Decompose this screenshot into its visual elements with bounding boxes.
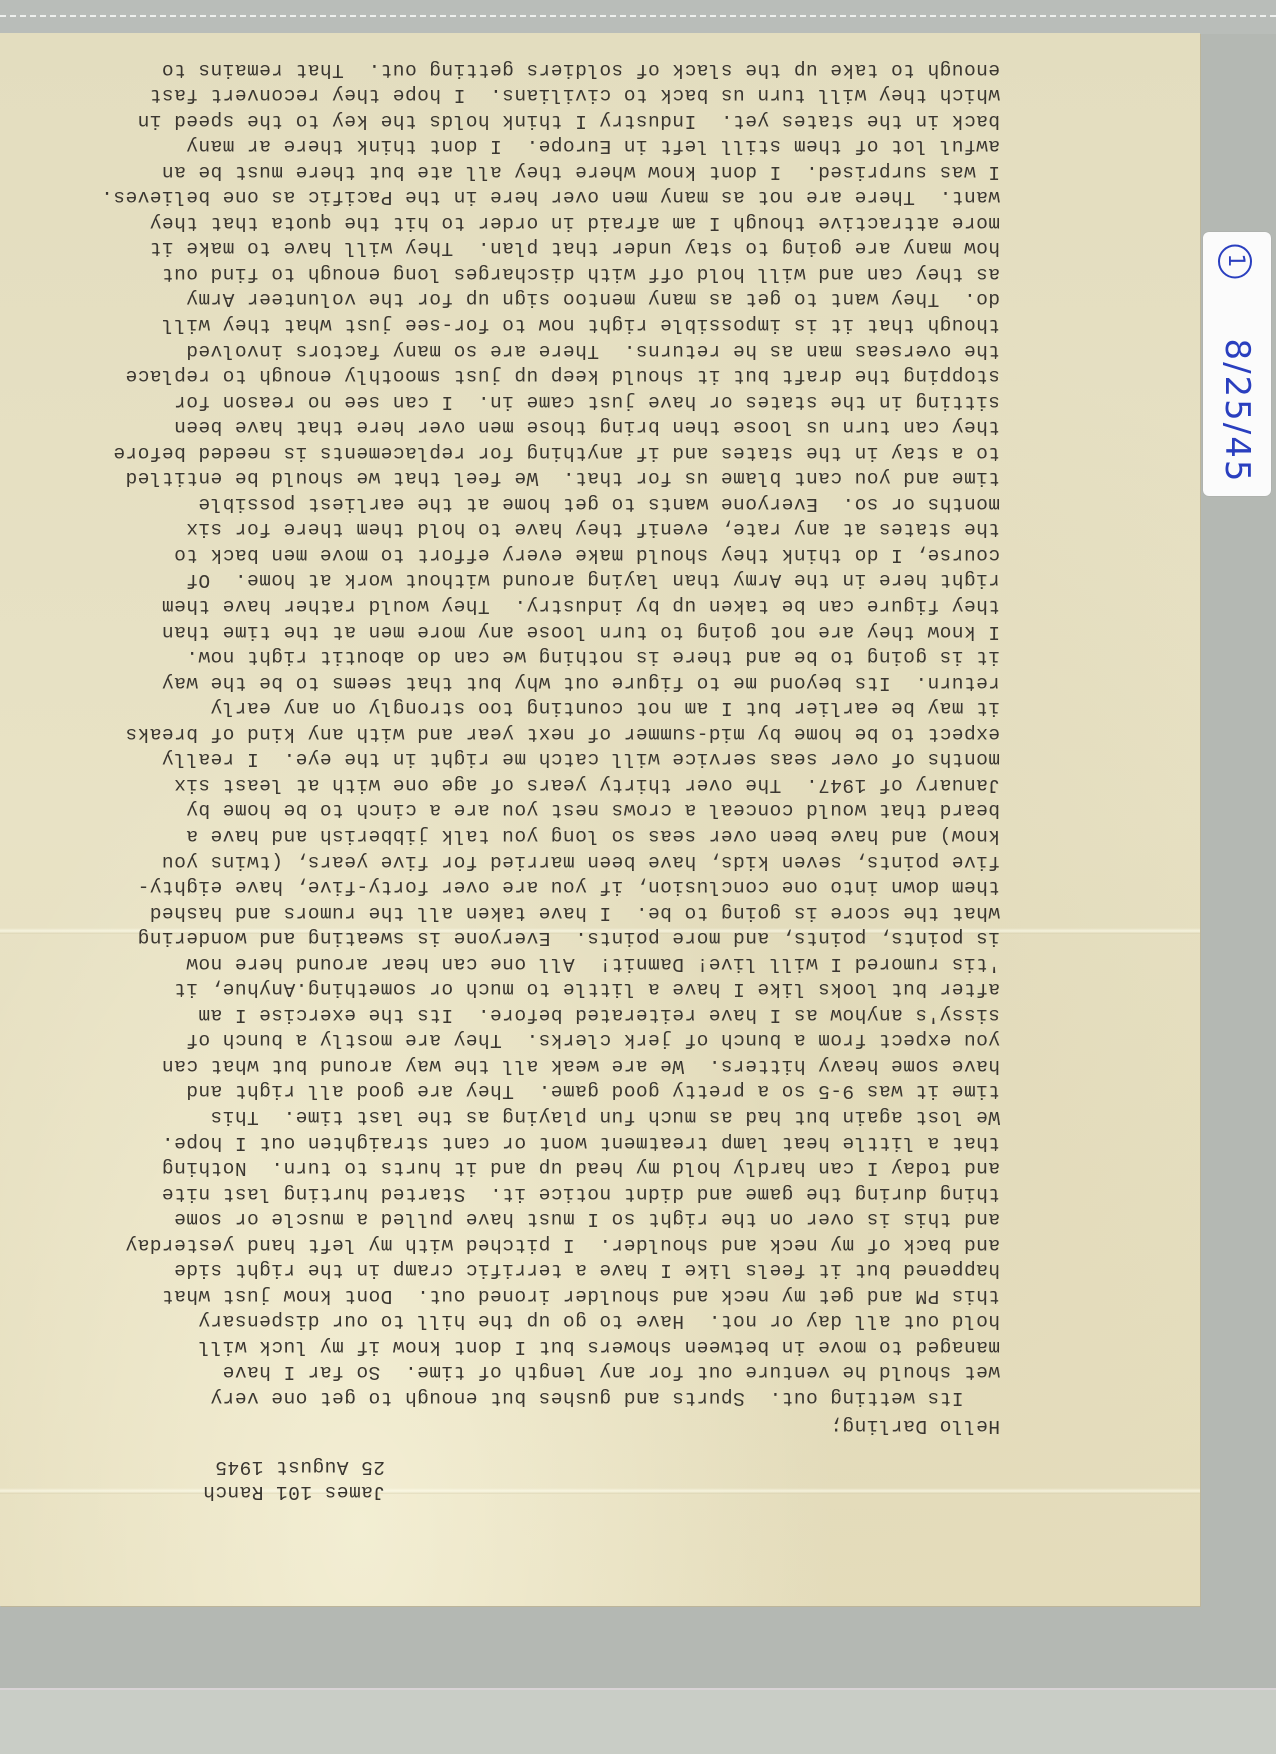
letter-line: this PM and get my neck and shoulder iro… (100, 1282, 1000, 1308)
letter-line: want. There are not as many men over her… (100, 184, 1000, 210)
letter-line: enough to take up the slack of soldiers … (100, 56, 1000, 82)
salutation: Hello Darling; (830, 1413, 1000, 1438)
letter-line: stopping the draft but it should keep up… (100, 363, 1000, 389)
letter-line: they can turn us loose then bring those … (100, 414, 1000, 440)
letter-line: how many are going to stay under that pl… (100, 235, 1000, 261)
letter-line: you expect from a bunch of jerk clerks. … (100, 1027, 1000, 1053)
letter-line: beard that would conceal a crows nest yo… (100, 797, 1000, 823)
sleeve-top-edge (0, 0, 1276, 34)
letter-line: thing during the game and didnt notice i… (100, 1180, 1000, 1206)
letter-line: them down into one conclusion, if you ar… (100, 874, 1000, 900)
letter-line: sitting in the states or have just came … (100, 388, 1000, 414)
letter-line: is points, points, and more points. Ever… (100, 925, 1000, 951)
letter-line: January of 1947. The over thirty years o… (100, 771, 1000, 797)
letter-line: I know they are not going to turn loose … (100, 618, 1000, 644)
letter-line: course, I do think they should make ever… (100, 541, 1000, 567)
archive-date: 8/25/45 (1217, 338, 1257, 483)
letter-line: I was surprised. I dont know where they … (100, 158, 1000, 184)
letter-line: as they can and will hold off with disch… (100, 260, 1000, 286)
letter-line: do. They want to get as many mentoo sign… (100, 286, 1000, 312)
letter-line: happened but it feels like I have a terr… (100, 1257, 1000, 1283)
heading-location: James 101 Ranch (203, 1479, 385, 1504)
letter-line: what the score is going to be. I have ta… (100, 899, 1000, 925)
letter-body: Its wetting out. Spurts and gushes but e… (100, 56, 1000, 1410)
letter-line: and today I can hardly hold my head up a… (100, 1155, 1000, 1181)
letter-line: months or so. Everyone wants to get home… (100, 490, 1000, 516)
letter-line: and back of my neck and shoulder. I pitc… (100, 1231, 1000, 1257)
letter-line: which they will turn us back to civilian… (100, 82, 1000, 108)
letter-line: and this is over on the right so I must … (100, 1206, 1000, 1232)
heading-date: 25 August 1945 (203, 1454, 385, 1479)
letter-line: Its wetting out. Spurts and gushes but e… (100, 1384, 1000, 1410)
letter-page: James 101 Ranch 25 August 1945 Hello Dar… (0, 33, 1200, 1606)
letter-line: right here in the Army than laying aroun… (100, 567, 1000, 593)
archive-date-tag: 18/25/45 (1203, 232, 1271, 496)
letter-line: wet should he venture out for any length… (100, 1359, 1000, 1385)
sleeve-seam (0, 15, 1276, 17)
letter-line: the states at any rate, evenif they have… (100, 516, 1000, 542)
letter-line: managed to move in between showers but I… (100, 1333, 1000, 1359)
letter-line: expect to be home by mid-summer of next … (100, 720, 1000, 746)
letter-line: five points, seven kids, have been marri… (100, 848, 1000, 874)
letter-line: the overseas man as he returns. There ar… (100, 337, 1000, 363)
sleeve-bottom-edge (0, 1688, 1276, 1754)
letter-line: time it was 9-5 so a pretty good game. T… (100, 1078, 1000, 1104)
letter-line: We lost again but had as much fun playin… (100, 1103, 1000, 1129)
letter-heading: James 101 Ranch 25 August 1945 (203, 1454, 385, 1504)
letter-line: months of over seas service will catch m… (100, 746, 1000, 772)
letter-line: time and you cant blame us for that. We … (100, 465, 1000, 491)
letter-line: though that it is impossible right now t… (100, 311, 1000, 337)
letter-line: know) and have been over seas so long yo… (100, 822, 1000, 848)
letter-line: to a stay in the states and if anything … (100, 439, 1000, 465)
archive-tag-text: 18/25/45 (1217, 244, 1257, 483)
typewritten-letter: James 101 Ranch 25 August 1945 Hello Dar… (0, 33, 1200, 1606)
letter-line: have some heavy hitters. We are weak all… (100, 1052, 1000, 1078)
letter-line: return. Its beyond me to figure out why … (100, 669, 1000, 695)
letter-line: awful lot of them still left in Europe. … (100, 133, 1000, 159)
letter-line: 'tis rumored I will live! Damnit! All on… (100, 950, 1000, 976)
letter-line: sissy's anyhow as I have reiterated befo… (100, 1001, 1000, 1027)
page-number-circle: 1 (1219, 244, 1253, 278)
letter-line: back in the states yet. Industry I think… (100, 107, 1000, 133)
letter-line: it may be earlier but I am not counting … (100, 695, 1000, 721)
letter-line: hold out all day or not. Have to go up t… (100, 1308, 1000, 1334)
letter-line: after but looks like I have a little to … (100, 976, 1000, 1002)
letter-line: more attractive though I am afraid in or… (100, 209, 1000, 235)
letter-line: they figure can be taken up by industry.… (100, 593, 1000, 619)
letter-line: it is going to be and there is nothing w… (100, 644, 1000, 670)
letter-line: that a little heat lamp treatment wont o… (100, 1129, 1000, 1155)
